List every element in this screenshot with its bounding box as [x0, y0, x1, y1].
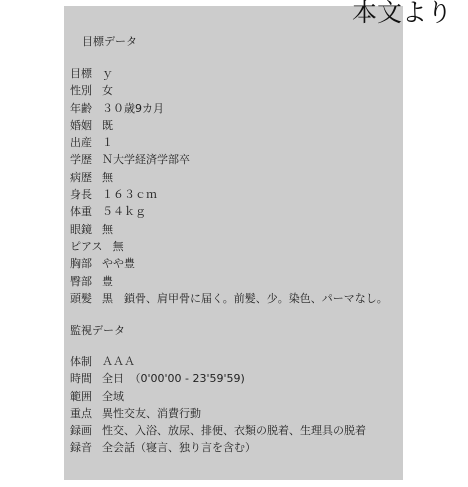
field-value: １６３ｃｍ — [102, 186, 157, 203]
field-value: 無 — [102, 221, 113, 238]
field-value: 女 — [102, 82, 113, 99]
field-label: 身長 — [70, 186, 92, 203]
field-label: 頭髪 — [70, 290, 92, 307]
list-item: 年齢３０歳9カ月 — [70, 100, 388, 117]
field-label: 臀部 — [70, 273, 92, 290]
field-value: 黒 鎖骨、肩甲骨に届く。前髪、少。染色、パーマなし。 — [102, 290, 388, 307]
list-item: 録画性交、入浴、放尿、排便、衣類の脱着、生理具の脱着 — [70, 422, 366, 439]
field-label: 年齢 — [70, 100, 92, 117]
field-label: 範囲 — [70, 388, 92, 405]
list-item: 録音全会話（寝言、独り言を含む） — [70, 439, 366, 456]
field-value: ｙ — [102, 65, 113, 82]
field-label: ピアス — [70, 238, 103, 255]
field-value: 全日 （0'00'00 - 23'59'59) — [102, 370, 245, 387]
field-value: ５４ｋｇ — [102, 203, 146, 220]
field-value: やや豊 — [102, 255, 135, 272]
list-item: 重点異性交友、消費行動 — [70, 405, 366, 422]
field-label: 胸部 — [70, 255, 92, 272]
field-value: 既 — [102, 117, 113, 134]
field-label: 出産 — [70, 134, 92, 151]
field-value: 無 — [102, 169, 113, 186]
field-label: 体制 — [70, 353, 92, 370]
field-value: ３０歳9カ月 — [102, 100, 164, 117]
field-label: 録音 — [70, 439, 92, 456]
list-item: 臀部豊 — [70, 273, 388, 290]
field-value: 全会話（寝言、独り言を含む） — [102, 439, 256, 456]
list-item: 範囲全域 — [70, 388, 366, 405]
field-label: 眼鏡 — [70, 221, 92, 238]
field-value: ＡＡＡ — [102, 353, 135, 370]
list-item: 体制ＡＡＡ — [70, 353, 366, 370]
field-label: 録画 — [70, 422, 92, 439]
field-label: 目標 — [70, 65, 92, 82]
list-item: 頭髪黒 鎖骨、肩甲骨に届く。前髪、少。染色、パーマなし。 — [70, 290, 388, 307]
list-item: 体重５４ｋｇ — [70, 203, 388, 220]
list-item: 眼鏡無 — [70, 221, 388, 238]
field-label: 時間 — [70, 370, 92, 387]
field-value: 豊 — [102, 273, 113, 290]
list-item: ピアス無 — [70, 238, 388, 255]
monitor-data-list: 体制ＡＡＡ 時間全日 （0'00'00 - 23'59'59) 範囲全域 重点異… — [70, 353, 366, 457]
target-data-list: 目標ｙ 性別女 年齢３０歳9カ月 婚姻既 出産１ 学歴Ｎ大学経済学部卒 病歴無 … — [70, 65, 388, 307]
field-label: 重点 — [70, 405, 92, 422]
field-label: 婚姻 — [70, 117, 92, 134]
field-label: 性別 — [70, 82, 92, 99]
list-item: 目標ｙ — [70, 65, 388, 82]
list-item: 病歴無 — [70, 169, 388, 186]
field-value: 性交、入浴、放尿、排便、衣類の脱着、生理具の脱着 — [102, 422, 366, 439]
field-label: 学歴 — [70, 151, 92, 168]
field-value: １ — [102, 134, 113, 151]
field-value: 全域 — [102, 388, 124, 405]
field-label: 体重 — [70, 203, 92, 220]
list-item: 出産１ — [70, 134, 388, 151]
list-item: 時間全日 （0'00'00 - 23'59'59) — [70, 370, 366, 387]
list-item: 身長１６３ｃｍ — [70, 186, 388, 203]
field-label: 病歴 — [70, 169, 92, 186]
list-item: 性別女 — [70, 82, 388, 99]
field-value: Ｎ大学経済学部卒 — [102, 151, 190, 168]
list-item: 婚姻既 — [70, 117, 388, 134]
field-value: 異性交友、消費行動 — [102, 405, 201, 422]
list-item: 胸部やや豊 — [70, 255, 388, 272]
list-item: 学歴Ｎ大学経済学部卒 — [70, 151, 388, 168]
field-value: 無 — [113, 238, 124, 255]
overlay-caption: 本文より — [352, 0, 452, 28]
target-data-heading: 目標データ — [82, 35, 137, 49]
monitor-data-heading: 監視データ — [70, 324, 125, 338]
